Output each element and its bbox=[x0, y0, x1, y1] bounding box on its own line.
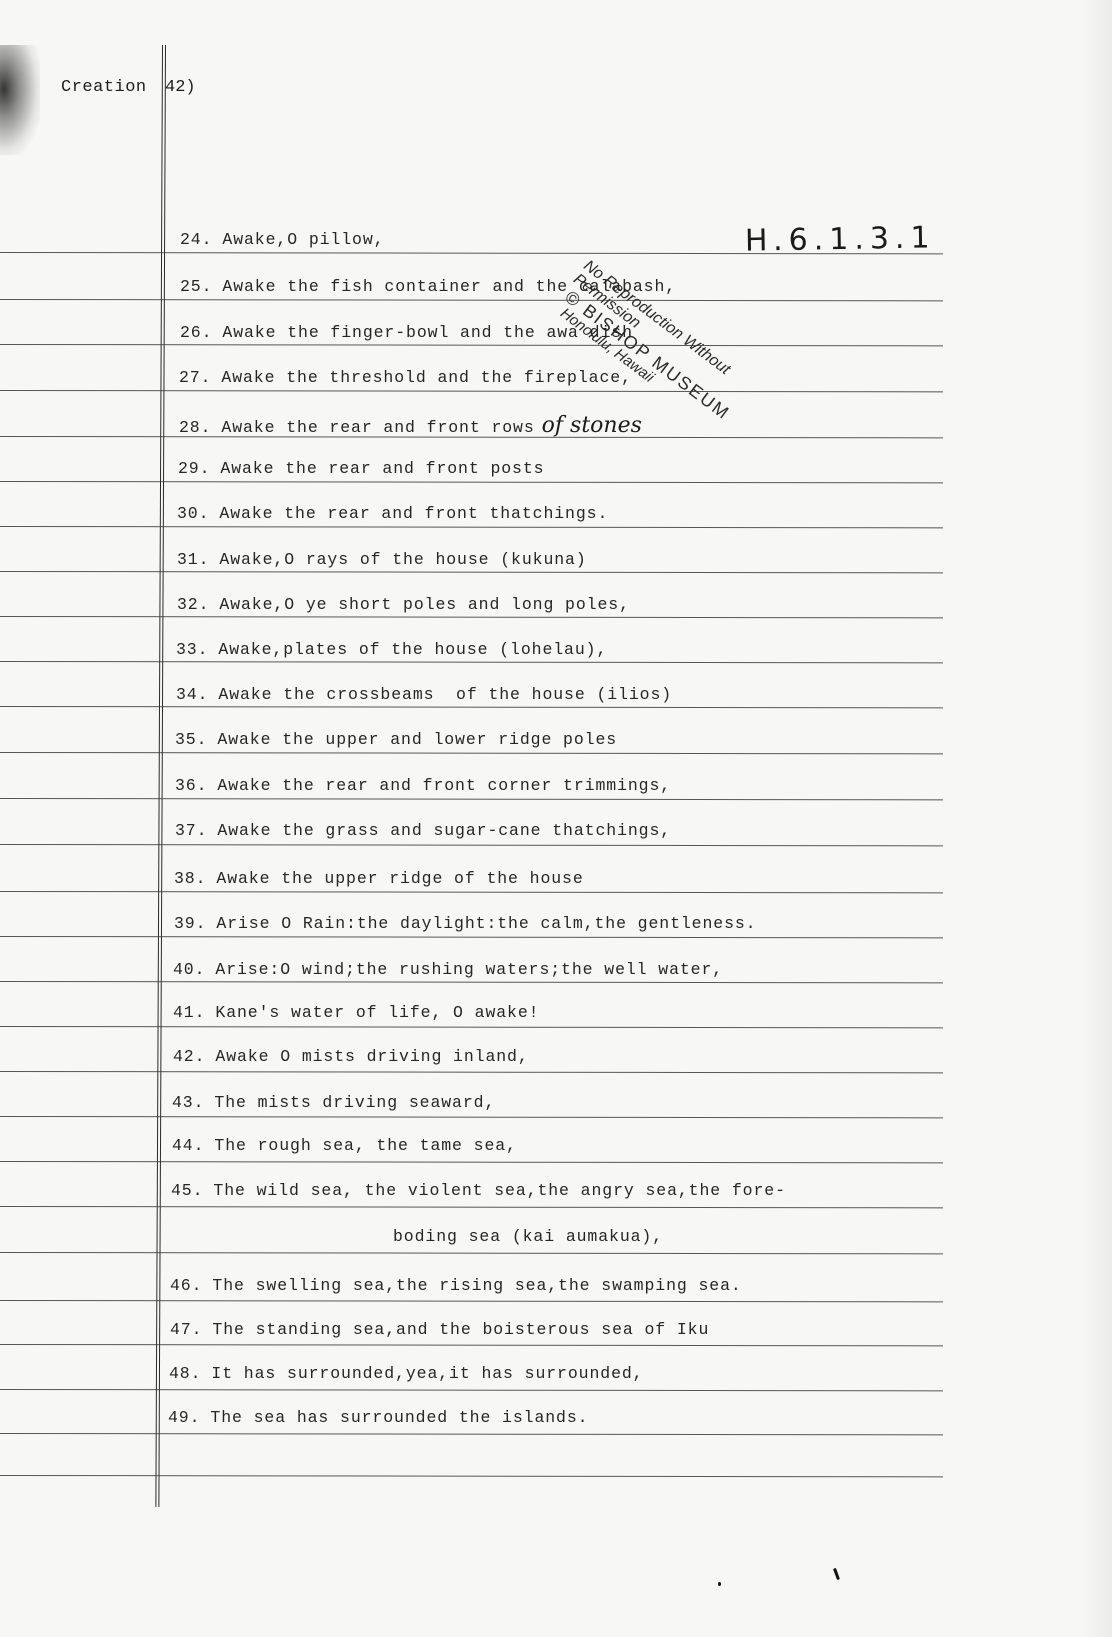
line-text: Awake the grass and sugar-cane thatching… bbox=[217, 821, 671, 840]
line-text: Arise:O wind;the rushing waters;the well… bbox=[215, 960, 723, 979]
ruled-line bbox=[0, 481, 943, 483]
verse-line: 34.Awake the crossbeams of the house (il… bbox=[176, 685, 672, 704]
line-number: 49. bbox=[168, 1408, 200, 1427]
ruled-line bbox=[0, 571, 943, 573]
line-text: Awake the rear and front thatchings. bbox=[219, 504, 608, 523]
ruled-line bbox=[0, 1071, 943, 1073]
ruled-line bbox=[0, 1300, 943, 1302]
verse-line: 37.Awake the grass and sugar-cane thatch… bbox=[175, 821, 671, 840]
ruled-line bbox=[0, 844, 943, 846]
verse-line: 41.Kane's water of life, O awake! bbox=[173, 1003, 539, 1022]
line-number: 43. bbox=[172, 1093, 204, 1112]
line-number: 27. bbox=[179, 368, 211, 387]
line-text: Awake,O ye short poles and long poles, bbox=[219, 595, 629, 614]
line-number: 36. bbox=[175, 776, 207, 795]
ink-speck bbox=[833, 1568, 840, 1580]
ruled-line bbox=[0, 616, 943, 618]
ruled-line bbox=[0, 390, 943, 392]
ruled-line bbox=[0, 1475, 943, 1477]
line-number: 44. bbox=[172, 1136, 204, 1155]
line-number: 40. bbox=[173, 960, 205, 979]
line-text: It has surrounded,yea,it has surrounded, bbox=[211, 1364, 643, 1383]
line-text: Awake the upper ridge of the house bbox=[216, 869, 583, 888]
ruled-line bbox=[0, 1116, 943, 1118]
ruled-line bbox=[0, 1026, 943, 1028]
line-text: Awake O mists driving inland, bbox=[215, 1047, 528, 1066]
line-text: The standing sea,and the boisterous sea … bbox=[212, 1320, 709, 1339]
verse-line: 46.The swelling sea,the rising sea,the s… bbox=[170, 1276, 742, 1295]
verse-line: 27.Awake the threshold and the fireplace… bbox=[179, 368, 632, 387]
line-text: Kane's water of life, O awake! bbox=[215, 1003, 539, 1022]
line-number: 38. bbox=[174, 869, 206, 888]
line-number: 25. bbox=[180, 277, 212, 296]
line-number: 37. bbox=[175, 821, 207, 840]
line-number: 46. bbox=[170, 1276, 202, 1295]
verse-line: 43.The mists driving seaward, bbox=[172, 1093, 495, 1112]
page-number: 42) bbox=[165, 78, 196, 97]
line-text: Awake the threshold and the fireplace, bbox=[221, 368, 631, 387]
document-page: Creation 42) H.6.1.3.1 No Reproduction W… bbox=[0, 0, 1112, 1637]
verse-line: 44.The rough sea, the tame sea, bbox=[172, 1136, 517, 1155]
verse-line: 30.Awake the rear and front thatchings. bbox=[177, 504, 608, 523]
verse-line: 31.Awake,O rays of the house (kukuna) bbox=[177, 550, 587, 569]
ruled-line bbox=[0, 1252, 943, 1254]
verse-line: 26.Awake the finger-bowl and the awa dis… bbox=[180, 323, 633, 342]
line-text: The sea has surrounded the islands. bbox=[210, 1408, 588, 1427]
line-number: 42. bbox=[173, 1047, 205, 1066]
verse-line: 29.Awake the rear and front posts bbox=[178, 459, 544, 478]
line-number: 48. bbox=[169, 1364, 201, 1383]
line-text: The wild sea, the violent sea,the angry … bbox=[213, 1181, 786, 1200]
ruled-line bbox=[0, 981, 943, 983]
verse-line: boding sea (kai aumakua), bbox=[393, 1227, 663, 1246]
ruled-line bbox=[0, 752, 943, 754]
ruled-line bbox=[0, 526, 943, 528]
line-number: 34. bbox=[176, 685, 208, 704]
verse-line: 32.Awake,O ye short poles and long poles… bbox=[177, 595, 630, 614]
verse-line: 24.Awake,O pillow, bbox=[180, 230, 384, 249]
ruled-line bbox=[0, 706, 943, 708]
document-title: Creation bbox=[61, 78, 147, 97]
line-number: 33. bbox=[176, 640, 208, 659]
line-text: Awake the finger-bowl and the awa dish bbox=[222, 323, 632, 342]
line-text: Awake the rear and front rows bbox=[221, 418, 534, 437]
ruled-line bbox=[0, 299, 943, 301]
verse-line: 36.Awake the rear and front corner trimm… bbox=[175, 776, 671, 795]
scan-smudge bbox=[0, 45, 40, 155]
handwritten-annotation: of stones bbox=[535, 413, 642, 438]
line-number: 41. bbox=[173, 1003, 205, 1022]
line-number: 47. bbox=[170, 1320, 202, 1339]
ruled-line bbox=[0, 1161, 943, 1163]
line-text: Awake the rear and front posts bbox=[220, 459, 544, 478]
line-text: Awake,plates of the house (lohelau), bbox=[218, 640, 607, 659]
line-number: 45. bbox=[171, 1181, 203, 1200]
ruled-line bbox=[0, 661, 943, 663]
ruled-line bbox=[0, 1389, 943, 1391]
line-text: The swelling sea,the rising sea,the swam… bbox=[212, 1276, 741, 1295]
verse-line: 25.Awake the fish container and the cala… bbox=[180, 277, 676, 296]
line-text: Awake the upper and lower ridge poles bbox=[217, 730, 617, 749]
line-text: Awake,O pillow, bbox=[222, 230, 384, 249]
line-text: The mists driving seaward, bbox=[214, 1093, 495, 1112]
line-text: boding sea (kai aumakua), bbox=[393, 1227, 663, 1246]
verse-line: 38.Awake the upper ridge of the house bbox=[174, 869, 584, 888]
line-text: Arise O Rain:the daylight:the calm,the g… bbox=[216, 914, 756, 933]
line-number: 26. bbox=[180, 323, 212, 342]
line-number: 28. bbox=[179, 418, 211, 437]
ruled-line bbox=[0, 1433, 943, 1435]
verse-line: 35.Awake the upper and lower ridge poles bbox=[175, 730, 617, 749]
line-number: 29. bbox=[178, 459, 210, 478]
verse-line: 28.Awake the rear and front rows of ston… bbox=[179, 413, 642, 438]
verse-line: 42.Awake O mists driving inland, bbox=[173, 1047, 529, 1066]
verse-line: 39.Arise O Rain:the daylight:the calm,th… bbox=[174, 914, 757, 933]
line-number: 35. bbox=[175, 730, 207, 749]
line-text: Awake,O rays of the house (kukuna) bbox=[219, 550, 586, 569]
verse-line: 48.It has surrounded,yea,it has surround… bbox=[169, 1364, 643, 1383]
ruled-line bbox=[0, 936, 943, 938]
ruled-line bbox=[0, 1344, 943, 1346]
line-text: Awake the fish container and the calabas… bbox=[222, 277, 676, 296]
line-text: Awake the rear and front corner trimming… bbox=[217, 776, 671, 795]
ruled-line bbox=[0, 891, 943, 893]
verse-line: 40.Arise:O wind;the rushing waters;the w… bbox=[173, 960, 723, 979]
ruled-line bbox=[0, 1206, 943, 1208]
line-number: 30. bbox=[177, 504, 209, 523]
verse-line: 49.The sea has surrounded the islands. bbox=[168, 1408, 588, 1427]
ink-speck bbox=[718, 1582, 721, 1586]
line-number: 24. bbox=[180, 230, 212, 249]
ruled-line bbox=[0, 252, 943, 254]
line-number: 39. bbox=[174, 914, 206, 933]
ruled-line bbox=[0, 798, 943, 800]
line-text: The rough sea, the tame sea, bbox=[214, 1136, 516, 1155]
verse-line: 47.The standing sea,and the boisterous s… bbox=[170, 1320, 709, 1339]
verse-line: 33.Awake,plates of the house (lohelau), bbox=[176, 640, 607, 659]
line-text: Awake the crossbeams of the house (ilios… bbox=[218, 685, 672, 704]
verse-line: 45.The wild sea, the violent sea,the ang… bbox=[171, 1181, 786, 1200]
line-number: 31. bbox=[177, 550, 209, 569]
ruled-line bbox=[0, 344, 943, 346]
line-number: 32. bbox=[177, 595, 209, 614]
